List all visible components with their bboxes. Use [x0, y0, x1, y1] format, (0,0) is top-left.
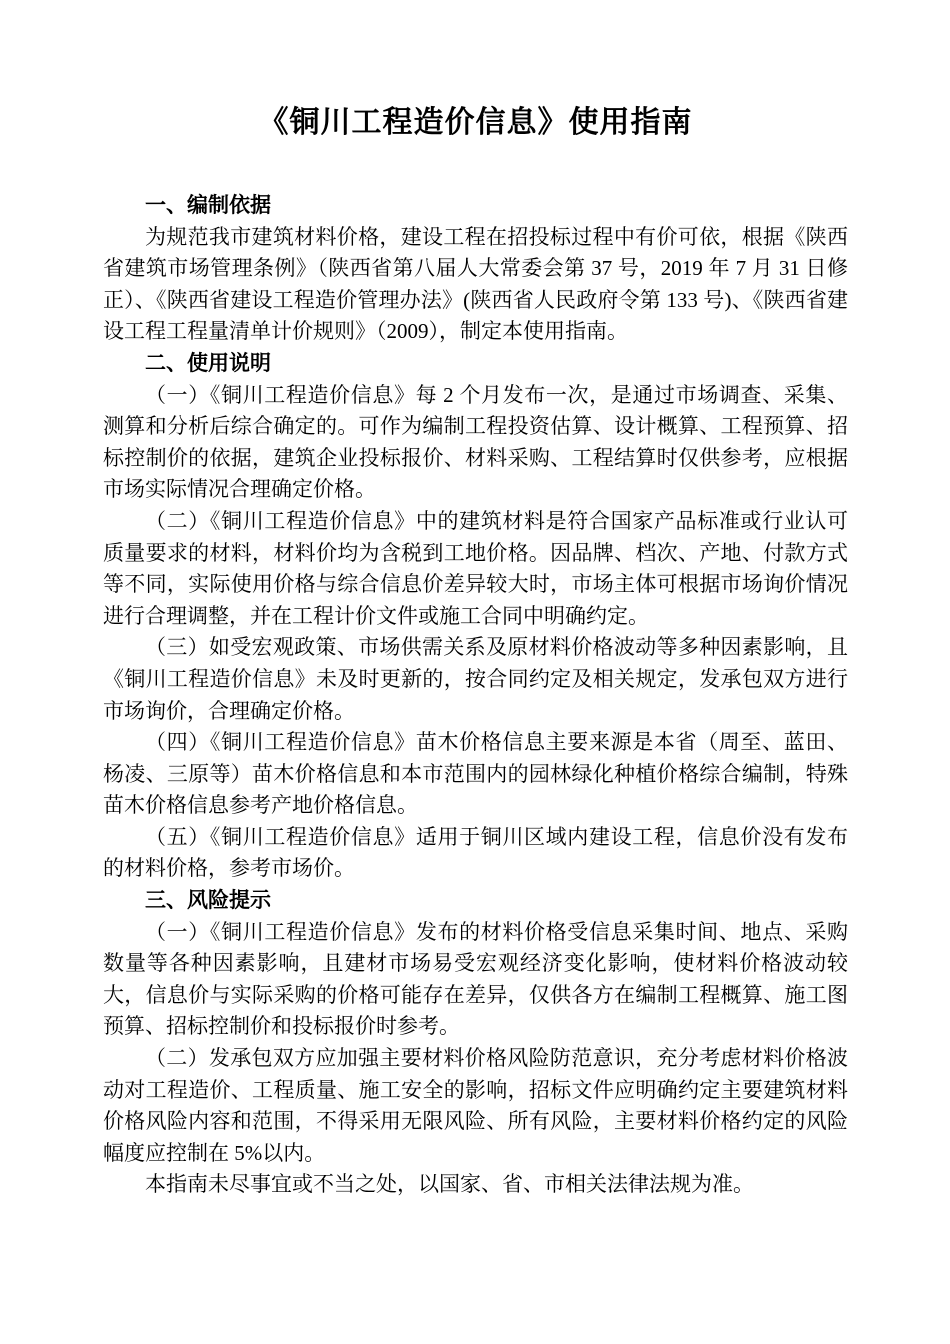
paragraph-closing-note: 本指南未尽事宜或不当之处，以国家、省、市相关法律法规为准。 [103, 1169, 848, 1201]
section-heading-compilation-basis: 一、编制依据 [103, 190, 848, 222]
paragraph-usage-item-4: （四）《铜川工程造价信息》苗木价格信息主要来源是本省（周至、蓝田、杨凌、三原等）… [103, 727, 848, 822]
paragraph-risk-item-1: （一）《铜川工程造价信息》发布的材料价格受信息采集时间、地点、采购数量等各种因素… [103, 917, 848, 1043]
document-body: 一、编制依据 为规范我市建筑材料价格，建设工程在招投标过程中有价可依，根据《陕西… [103, 190, 848, 1201]
paragraph-usage-item-1: （一）《铜川工程造价信息》每 2 个月发布一次，是通过市场调查、采集、测算和分析… [103, 380, 848, 506]
section-heading-usage-instructions: 二、使用说明 [103, 348, 848, 380]
paragraph-usage-item-5: （五）《铜川工程造价信息》适用于铜川区域内建设工程，信息价没有发布的材料价格，参… [103, 822, 848, 885]
section-heading-risk-notice: 三、风险提示 [103, 885, 848, 917]
document-title: 《铜川工程造价信息》使用指南 [103, 103, 848, 143]
paragraph-usage-item-2: （二）《铜川工程造价信息》中的建筑材料是符合国家产品标准或行业认可质量要求的材料… [103, 506, 848, 632]
paragraph-risk-item-2: （二）发承包双方应加强主要材料价格风险防范意识，充分考虑材料价格波动对工程造价、… [103, 1043, 848, 1169]
document-page: 《铜川工程造价信息》使用指南 一、编制依据 为规范我市建筑材料价格，建设工程在招… [0, 0, 950, 1344]
paragraph-usage-item-3: （三）如受宏观政策、市场供需关系及原材料价格波动等多种因素影响，且《铜川工程造价… [103, 632, 848, 727]
paragraph-compilation-basis: 为规范我市建筑材料价格，建设工程在招投标过程中有价可依，根据《陕西省建筑市场管理… [103, 222, 848, 348]
